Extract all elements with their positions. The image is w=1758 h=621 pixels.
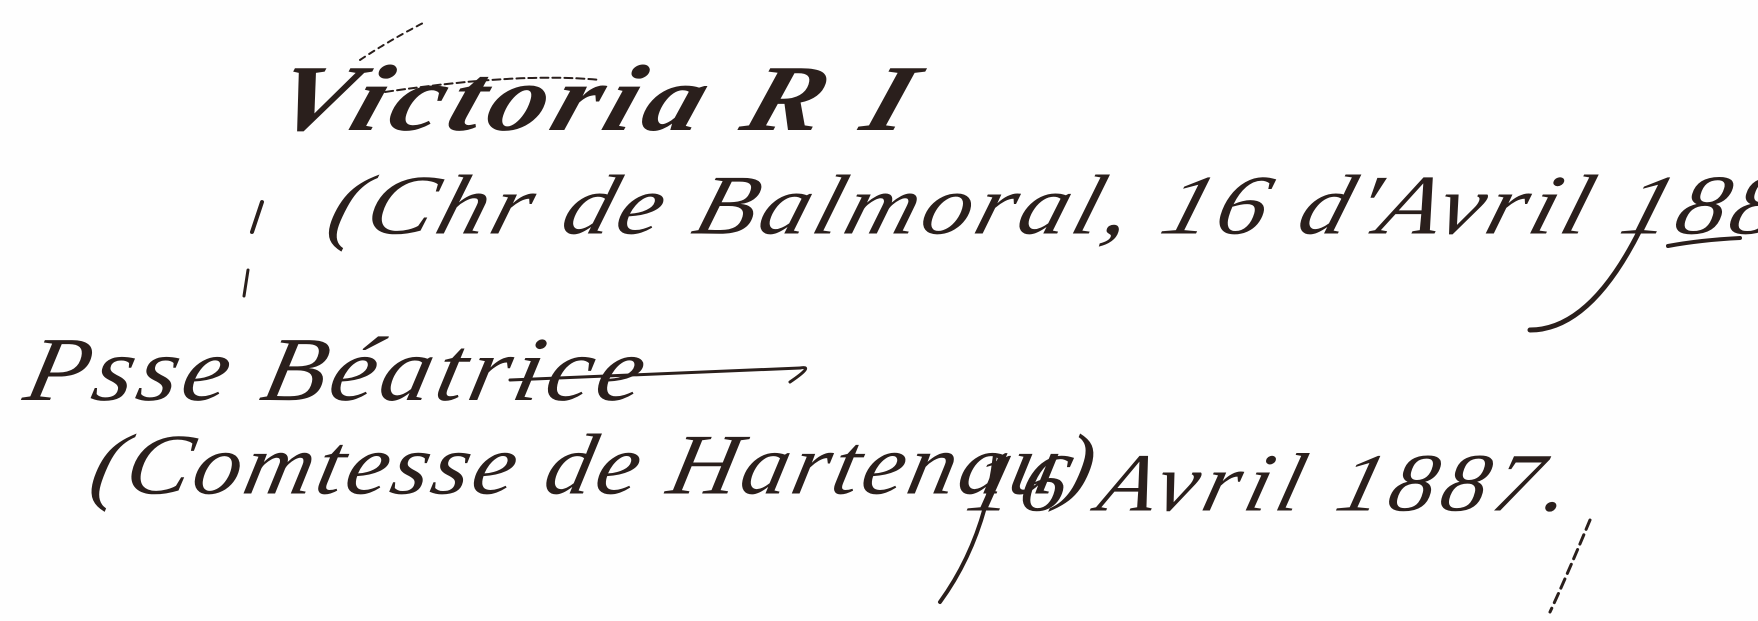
manuscript-page: Victoria R I (Chr de Balmoral, 16 d'Avri…: [0, 0, 1758, 621]
location-date-line: (Chr de Balmoral, 16 d'Avril 1887 —: [320, 163, 1758, 248]
descender-stroke: [1550, 520, 1590, 612]
pen-tick: [252, 202, 262, 232]
pen-tick: [244, 270, 248, 296]
date-line: 16 Avril 1887.: [960, 441, 1587, 524]
underline-stroke: [790, 368, 806, 382]
signature-beatrice: Psse Béatrice: [18, 324, 658, 416]
signature-victoria: Victoria R I: [262, 52, 935, 146]
title-line: (Comtesse de Hartenau): [84, 422, 1107, 508]
